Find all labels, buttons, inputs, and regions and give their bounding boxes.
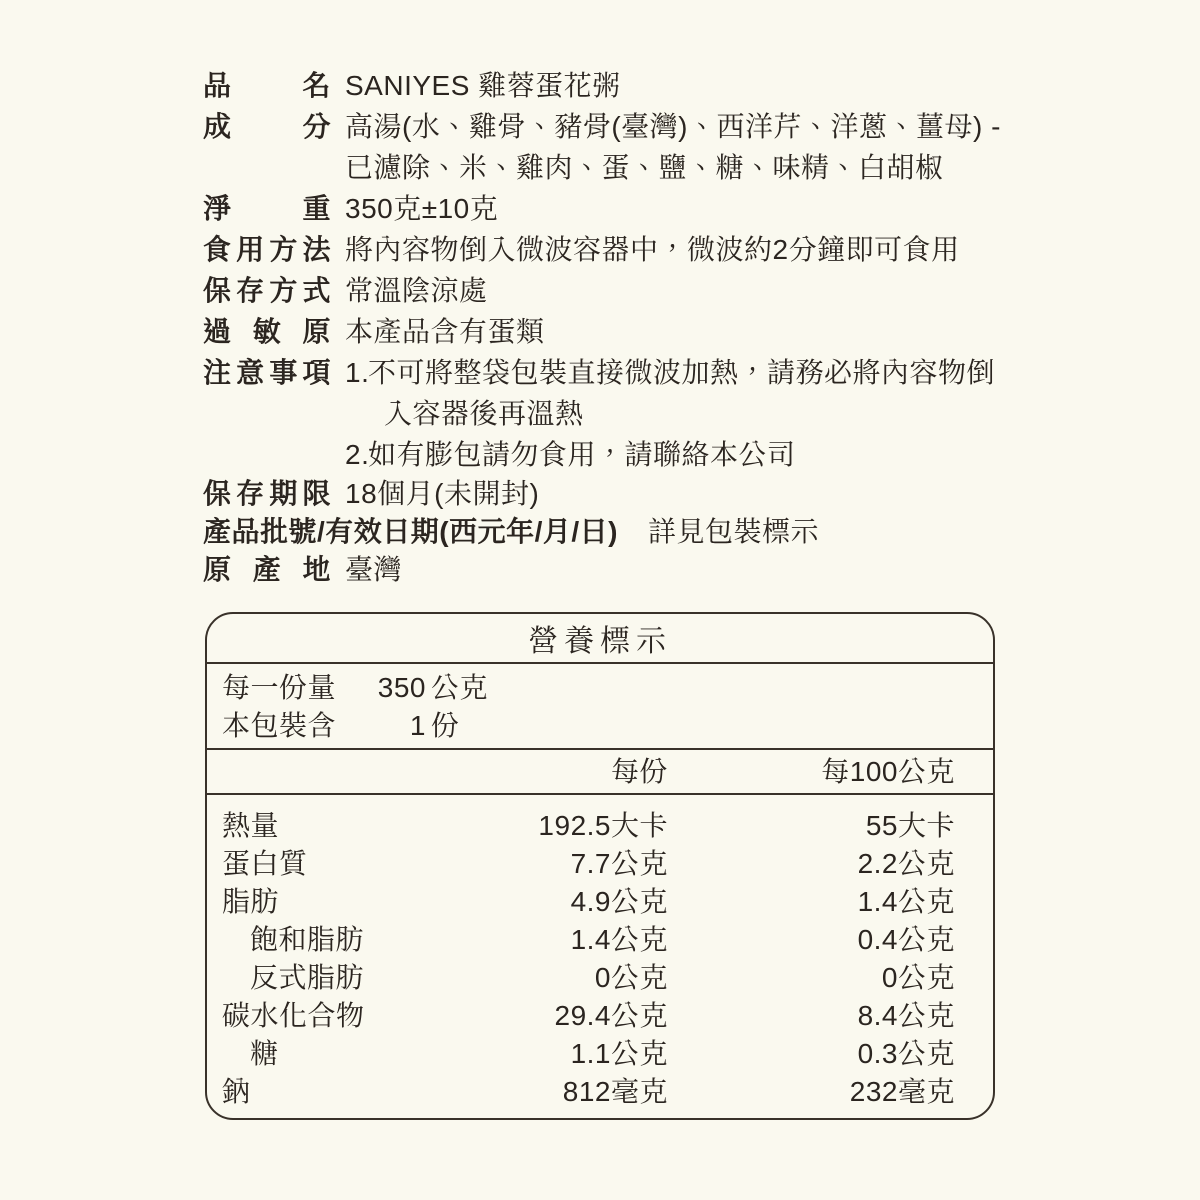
info-label: 原產地 (203, 551, 331, 589)
info-value: 詳見包裝標示 (648, 513, 819, 551)
info-label: 過敏原 (203, 311, 331, 352)
serving-unit: 公克 (426, 669, 488, 707)
info-row: 成分高湯(水、雞骨、豬骨(臺灣)、西洋芹、洋蔥、薑母) -已濾除、米、雞肉、蛋、… (203, 106, 1013, 188)
serving-amount: 350 (372, 669, 426, 707)
value-per-serving: 0公克 (457, 959, 668, 997)
value-per-100g: 8.4公克 (668, 997, 955, 1035)
info-value-line: 將內容物倒入微波容器中，微波約2分鐘即可食用 (345, 229, 960, 270)
nutrition-row: 反式脂肪0公克0公克 (207, 959, 993, 997)
info-value-line: 臺灣 (345, 551, 402, 589)
serving-row: 每一份量350公克 (222, 669, 993, 707)
nutrition-row: 糖1.1公克0.3公克 (207, 1035, 993, 1073)
serving-unit: 份 (426, 707, 460, 745)
info-row: 淨重350克±10克 (203, 188, 1013, 229)
nutrient-name: 飽和脂肪 (222, 921, 457, 959)
value-per-serving: 192.5大卡 (457, 807, 668, 845)
info-row: 注意事項1.不可將整袋包裝直接微波加熱，請務必將內容物倒入容器後再溫熱2.如有膨… (203, 352, 1013, 475)
serving-amount: 1 (372, 707, 426, 745)
nutrient-name: 鈉 (222, 1073, 457, 1111)
note-lines: 不可將整袋包裝直接微波加熱，請務必將內容物倒入容器後再溫熱 (368, 352, 995, 434)
info-row: 品名SANIYES 雞蓉蛋花粥 (203, 65, 1013, 106)
info-label: 保存方式 (203, 270, 331, 311)
info-value-line: 詳見包裝標示 (648, 513, 819, 551)
note-line: 入容器後再溫熱 (384, 393, 995, 434)
info-value: 臺灣 (345, 551, 402, 589)
value-per-serving: 1.4公克 (457, 921, 668, 959)
nutrient-name: 熱量 (222, 807, 457, 845)
nutrient-name: 蛋白質 (222, 845, 457, 883)
info-value: 1.不可將整袋包裝直接微波加熱，請務必將內容物倒入容器後再溫熱2.如有膨包請勿食… (345, 352, 995, 475)
value-per-100g: 0.3公克 (668, 1035, 955, 1073)
info-label: 成分 (203, 106, 331, 147)
value-per-100g: 55大卡 (668, 807, 955, 845)
nutrition-table-title: 營養標示 (207, 614, 993, 664)
nutrition-row: 熱量192.5大卡55大卡 (207, 807, 993, 845)
info-row: 保存方式常溫陰涼處 (203, 270, 1013, 311)
value-per-100g: 2.2公克 (668, 845, 955, 883)
info-row: 過敏原本產品含有蛋類 (203, 311, 1013, 352)
note-number: 2. (345, 434, 368, 475)
nutrition-rows: 熱量192.5大卡55大卡蛋白質7.7公克2.2公克脂肪4.9公克1.4公克飽和… (207, 795, 993, 1111)
nutrition-row: 碳水化合物29.4公克8.4公克 (207, 997, 993, 1035)
info-value-line: 本產品含有蛋類 (345, 311, 545, 352)
note-line: 如有膨包請勿食用，請聯絡本公司 (368, 434, 796, 475)
nutrition-table: 營養標示 每一份量350公克本包裝含1份 每份 每100公克 熱量192.5大卡… (205, 612, 995, 1120)
info-value: 18個月(未開封) (345, 475, 539, 513)
note-item: 1.不可將整袋包裝直接微波加熱，請務必將內容物倒入容器後再溫熱 (345, 352, 995, 434)
info-label: 注意事項 (203, 352, 331, 393)
serving-label: 每一份量 (222, 669, 372, 707)
info-value: 將內容物倒入微波容器中，微波約2分鐘即可食用 (345, 229, 960, 270)
info-value: 本產品含有蛋類 (345, 311, 545, 352)
product-info-section: 品名SANIYES 雞蓉蛋花粥成分高湯(水、雞骨、豬骨(臺灣)、西洋芹、洋蔥、薑… (203, 65, 1013, 589)
info-row: 原產地臺灣 (203, 551, 1013, 589)
note-line: 不可將整袋包裝直接微波加熱，請務必將內容物倒 (368, 352, 995, 393)
col-header-per-serving: 每份 (457, 750, 668, 793)
nutrient-name: 脂肪 (222, 883, 457, 921)
info-label: 保存期限 (203, 475, 331, 513)
info-label: 產品批號/有效日期(西元年/月/日) (203, 513, 618, 551)
serving-label: 本包裝含 (222, 707, 372, 745)
value-per-serving: 1.1公克 (457, 1035, 668, 1073)
value-per-serving: 812毫克 (457, 1073, 668, 1111)
info-value: 高湯(水、雞骨、豬骨(臺灣)、西洋芹、洋蔥、薑母) -已濾除、米、雞肉、蛋、鹽、… (345, 106, 1001, 188)
info-row: 保存期限18個月(未開封) (203, 475, 1013, 513)
serving-row: 本包裝含1份 (222, 707, 993, 745)
info-value-line: SANIYES 雞蓉蛋花粥 (345, 65, 621, 106)
col-header-per-100g: 每100公克 (668, 750, 955, 793)
info-value: SANIYES 雞蓉蛋花粥 (345, 65, 621, 106)
info-label: 淨重 (203, 188, 331, 229)
info-value-line: 常溫陰涼處 (345, 270, 488, 311)
info-value-line: 350克±10克 (345, 188, 498, 229)
info-value: 常溫陰涼處 (345, 270, 488, 311)
value-per-serving: 4.9公克 (457, 883, 668, 921)
value-per-100g: 0公克 (668, 959, 955, 997)
info-row: 食用方法將內容物倒入微波容器中，微波約2分鐘即可食用 (203, 229, 1013, 270)
value-per-100g: 0.4公克 (668, 921, 955, 959)
note-lines: 如有膨包請勿食用，請聯絡本公司 (368, 434, 796, 475)
nutrient-name: 碳水化合物 (222, 997, 457, 1035)
value-per-serving: 29.4公克 (457, 997, 668, 1035)
nutrient-name: 反式脂肪 (222, 959, 457, 997)
nutrition-column-headers: 每份 每100公克 (207, 750, 993, 795)
info-label: 品名 (203, 65, 331, 106)
info-row: 產品批號/有效日期(西元年/月/日)詳見包裝標示 (203, 513, 1013, 551)
note-item: 2.如有膨包請勿食用，請聯絡本公司 (345, 434, 995, 475)
info-value-line: 高湯(水、雞骨、豬骨(臺灣)、西洋芹、洋蔥、薑母) - (345, 106, 1001, 147)
value-per-100g: 1.4公克 (668, 883, 955, 921)
nutrition-row: 脂肪4.9公克1.4公克 (207, 883, 993, 921)
info-value: 350克±10克 (345, 188, 498, 229)
product-label-page: 品名SANIYES 雞蓉蛋花粥成分高湯(水、雞骨、豬骨(臺灣)、西洋芹、洋蔥、薑… (0, 0, 1200, 1200)
value-per-100g: 232毫克 (668, 1073, 955, 1111)
nutrition-row: 飽和脂肪1.4公克0.4公克 (207, 921, 993, 959)
nutrition-row: 鈉812毫克232毫克 (207, 1073, 993, 1111)
value-per-serving: 7.7公克 (457, 845, 668, 883)
note-number: 1. (345, 352, 368, 434)
info-value-line: 18個月(未開封) (345, 475, 539, 513)
nutrition-row: 蛋白質7.7公克2.2公克 (207, 845, 993, 883)
info-label: 食用方法 (203, 229, 331, 270)
info-value-line: 已濾除、米、雞肉、蛋、鹽、糖、味精、白胡椒 (345, 147, 1001, 188)
nutrient-name: 糖 (222, 1035, 457, 1073)
nutrition-serving-info: 每一份量350公克本包裝含1份 (207, 664, 993, 750)
